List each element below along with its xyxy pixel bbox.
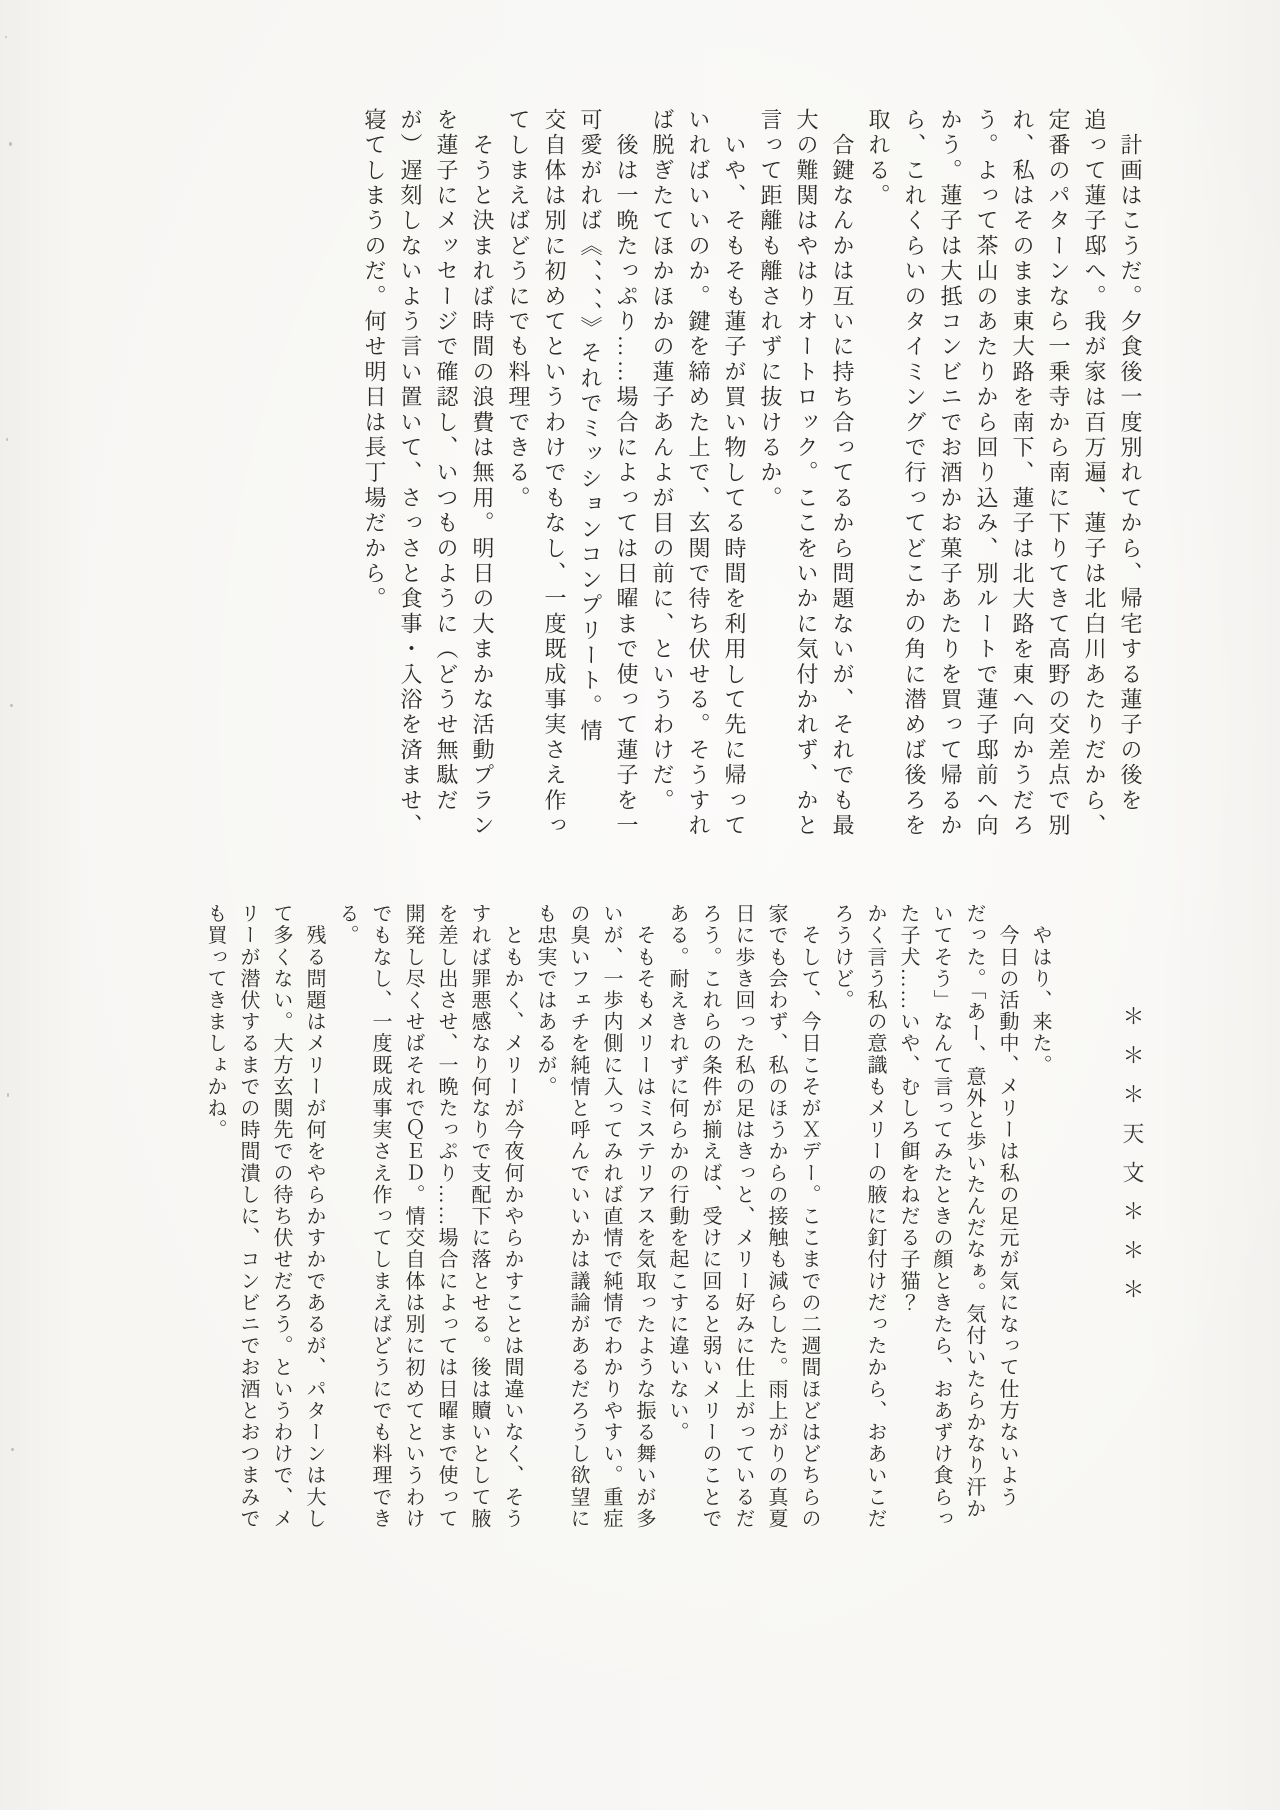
scan-speck	[11, 1448, 14, 1451]
text-column: 追って蓮子邸へ。我が家は百万遍、蓮子は北白川あたりだから、	[1076, 108, 1112, 903]
scanned-page: 計画はこうだ。夕食後一度別れてから、帰宅する蓮子の後を追って蓮子邸へ。我が家は百…	[0, 0, 1280, 1810]
text-column: て多くない。大方玄関先での待ち伏せだろう。というわけで、メ	[264, 903, 297, 1568]
text-column: 大の難関はやはりオートロック。ここをいかに気付かれず、かと	[788, 108, 824, 903]
text-column: すれば罪悪感なり何なりで支配下に落とせる。後は贖いとして腋	[462, 903, 495, 1568]
section-header: ＊＊＊天文＊＊＊	[1114, 903, 1150, 1568]
text-column: 計画はこうだ。夕食後一度別れてから、帰宅する蓮子の後を	[1112, 108, 1148, 903]
text-column: 寝てしまうのだ。何せ明日は長丁場だから。	[356, 108, 392, 903]
text-column: てしまえばどうにでも料理できる。	[500, 108, 536, 903]
text-column: 可愛がれば《、、、、》それでミッションコンプリート。情	[572, 108, 608, 903]
text-column: ろうけど。	[825, 903, 858, 1568]
text-column: リーが潜伏するまでの時間潰しに、コンビニでお酒とおつまみで	[231, 903, 264, 1568]
text-column: そもそもメリーはミステリアスを気取ったような振る舞いが多	[627, 903, 660, 1568]
text-column: 合鍵なんかは互いに持ち合ってるから問題ないが、それでも最	[824, 108, 860, 903]
text-column: る。	[330, 903, 363, 1568]
text-column: 交自体は別に初めてというわけでもなし、一度既成事実さえ作っ	[536, 108, 572, 903]
text-column: やはり、来た。	[1023, 903, 1056, 1568]
text-column: だった。「あー、意外と歩いたんだなぁ。気付いたらかなり汗か	[957, 903, 990, 1568]
text-column: 言って距離も離されずに抜けるか。	[752, 108, 788, 903]
text-column: 今日の活動中、メリーは私の足元が気になって仕方ないよう	[990, 903, 1023, 1568]
text-column: ば脱ぎたてほかほかの蓮子あんよが目の前に、というわけだ。	[644, 108, 680, 903]
scan-speck	[7, 1093, 9, 1097]
text-column: ろう。これらの条件が揃えば、受けに回ると弱いメリーのことで	[693, 903, 726, 1568]
text-column: も忠実ではあるが。	[528, 903, 561, 1568]
text-column: 開発し尽くせばそれでＱＥＤ。情交自体は別に初めてというわけ	[396, 903, 429, 1568]
text-block-plan: 計画はこうだ。夕食後一度別れてから、帰宅する蓮子の後を追って蓮子邸へ。我が家は百…	[356, 108, 1148, 903]
text-column: の臭いフェチを純情と呼んでいいかは議論があるだろうし欲望に	[561, 903, 594, 1568]
text-column: う。よって茶山のあたりから回り込み、別ルートで蓮子邸前へ向	[968, 108, 1004, 903]
text-column: ら、これくらいのタイミングで行ってどこかの角に潜めば後ろを	[896, 108, 932, 903]
text-column: かう。蓮子は大抵コンビニでお酒かお菓子あたりを買って帰るか	[932, 108, 968, 903]
text-column: いや、そもそも蓮子が買い物してる時間を利用して先に帰って	[716, 108, 752, 903]
text-column: そして、今日こそがＸデー。ここまでの二週間ほどはどちらの	[792, 903, 825, 1568]
text-column: かく言う私の意識もメリーの腋に釘付けだったから、おあいこだ	[858, 903, 891, 1568]
text-column: 後は一晩たっぷり……場合によっては日曜まで使って蓮子を一	[608, 108, 644, 903]
text-column: れ、私はそのまま東大路を南下、蓮子は北大路を東へ向かうだろ	[1004, 108, 1040, 903]
scan-speck	[10, 704, 13, 707]
text-column: 残る問題はメリーが何をやらかすかであるが、パターンは大し	[297, 903, 330, 1568]
text-column: 取れる。	[860, 108, 896, 903]
text-column: いてそう」なんて言ってみたときの顔ときたら、おあずけ食らっ	[924, 903, 957, 1568]
text-column: た子犬……いや、むしろ餌をねだる子猫？	[891, 903, 924, 1568]
text-column: 家でも会わず、私のほうからの接触も減らした。雨上がりの真夏	[759, 903, 792, 1568]
text-block-tenmon: ＊＊＊天文＊＊＊ やはり、来た。 今日の活動中、メリーは私の足元が気になって仕方…	[198, 903, 1150, 1568]
text-column: も買ってきましょかね。	[198, 903, 231, 1568]
text-column: いればいいのか。鍵を締めた上で、玄関で待ち伏せる。そうすれ	[680, 108, 716, 903]
text-column: でもなし、一度既成事実さえ作ってしまえばどうにでも料理でき	[363, 903, 396, 1568]
text-column: を差し出させ、一晩たっぷり……場合によっては日曜まで使って	[429, 903, 462, 1568]
text-column: ともかく、メリーが今夜何かやらかすことは間違いなく、そう	[495, 903, 528, 1568]
text-column: そうと決まれば時間の浪費は無用。明日の大まかな活動プラン	[464, 108, 500, 903]
text-column: 定番のパターンなら一乗寺から南に下りてきて高野の交差点で別	[1040, 108, 1076, 903]
scan-speck	[5, 36, 7, 38]
text-column: を蓮子にメッセージで確認し、いつものように（どうせ無駄だ	[428, 108, 464, 903]
text-column: ある。耐えきれずに何らかの行動を起こすに違いない。	[660, 903, 693, 1568]
text-column: 日に歩き回った私の足はきっと、メリー好みに仕上がっているだ	[726, 903, 759, 1568]
text-column: いが、一歩内側に入ってみれば直情で純情でわかりやすい。重症	[594, 903, 627, 1568]
scan-speck	[6, 438, 8, 441]
scan-speck	[9, 142, 12, 146]
text-column: が）遅刻しないよう言い置いて、さっさと食事・入浴を済ませ、	[392, 108, 428, 903]
